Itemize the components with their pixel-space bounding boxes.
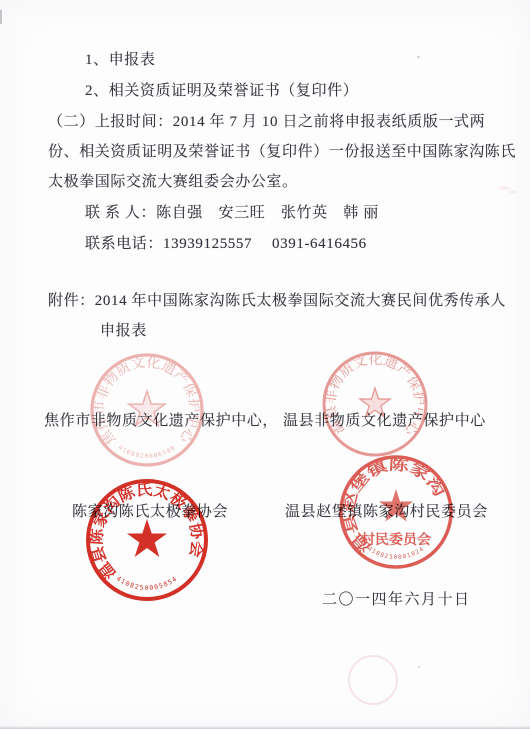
scan-pink-smudge [492, 180, 522, 200]
contact-phones: 联系电话：13939125557 0391-6416456 [85, 232, 367, 253]
seal-star-icon [379, 489, 413, 522]
seal-serial-number: 4108250005854 [115, 574, 179, 592]
svg-text:4108250005854: 4108250005854 [115, 574, 179, 592]
paragraph-line-1: （二）上报时间：2014 年 7 月 10 日之前将申报表纸质版一式两 [48, 110, 485, 131]
svg-text:4108020006586: 4108020006586 [117, 444, 178, 460]
list-item-2: 2、相关资质证明及荣誉证书（复印件） [85, 79, 358, 100]
seal-serial-number: 4108020006586 [117, 444, 178, 460]
attachment-line-2: 申报表 [100, 319, 147, 340]
jiaozuo-heritage-center-seal-stamp: 焦作市非物质文化遗产保护中心 4108020006586 [83, 346, 211, 474]
scan-dust-speck [417, 56, 420, 58]
taijiquan-association-seal-stamp: 温县陈家沟陈氏太极拳协会 4108250005854 [83, 476, 211, 604]
signature-date: 二〇一四年六月十日 [322, 588, 471, 609]
paragraph-line-3: 太极拳国际交流大赛组委会办公室。 [48, 170, 298, 191]
scan-edge-speck [0, 10, 2, 24]
seal-star-icon [360, 388, 390, 417]
svg-text:4108250001024: 4108250001024 [366, 545, 425, 561]
scan-dust-speck [418, 666, 420, 668]
scanned-document-page: 1、申报表 2、相关资质证明及荣誉证书（复印件） （二）上报时间：2014 年 … [0, 0, 530, 729]
list-item-1: 1、申报表 [85, 48, 156, 69]
seal-star-icon [129, 391, 165, 425]
seal-star-icon [127, 519, 167, 557]
wenxian-heritage-center-seal-stamp: 温县非物质文化遗产保护中心 [317, 346, 433, 462]
village-committee-seal-stamp: 温县赵堡镇陈家沟 村民委员会 4108250001024 [337, 453, 455, 571]
contact-persons: 联 系 人：陈自强 安三旺 张竹英 韩 丽 [85, 201, 379, 222]
seal-center-text: 村民委员会 [361, 531, 432, 547]
faint-ghost-seal-impression [348, 655, 398, 705]
seal-serial-number: 4108250001024 [366, 545, 425, 561]
paragraph-line-2: 份、相关资质证明及荣誉证书（复印件）一份报送至中国陈家沟陈氏 [48, 140, 516, 161]
attachment-line-1: 附件：2014 年中国陈家沟陈氏太极拳国际交流大赛民间优秀传承人 [48, 289, 506, 310]
